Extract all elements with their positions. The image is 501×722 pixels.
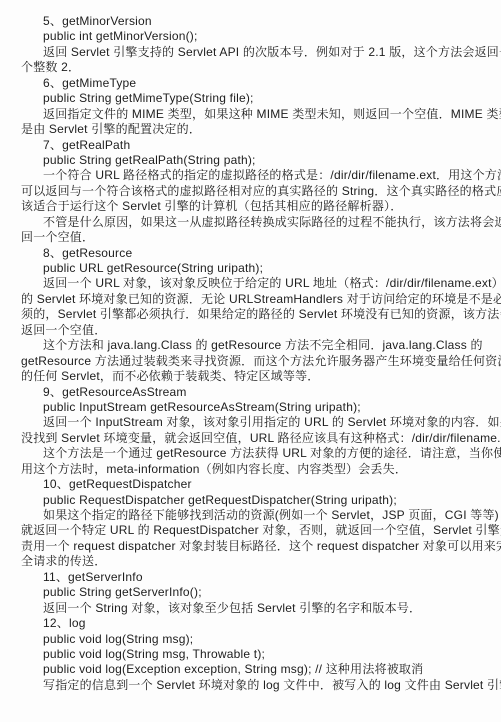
paragraph-line: 这个方法是一个通过 getResource 方法获得 URL 对象的方便的途径．… [21, 446, 471, 461]
method-heading: 7、getRealPath [21, 138, 471, 153]
method-heading: 12、log [21, 616, 471, 631]
paragraph-line: getResource 方法通过装载类来寻找资源．而这个方法允许服务器产生环境变… [21, 354, 471, 369]
method-signature: public String getServerInfo(); [21, 585, 471, 600]
method-signature: public RequestDispatcher getRequestDispa… [21, 493, 471, 508]
paragraph-line: 须的，Servlet 引擎都必须执行．如果给定的路径的 Servlet 环境没有… [21, 307, 471, 322]
method-signature: public String getRealPath(String path); [21, 153, 471, 168]
paragraph-line: 责用一个 request dispatcher 对象封装目标路径．这个 requ… [21, 539, 471, 554]
method-heading: 10、getRequestDispatcher [21, 477, 471, 492]
method-heading: 9、getResourceAsStream [21, 385, 471, 400]
paragraph-line: 返回 Servlet 引擎支持的 Servlet API 的次版本号．例如对于 … [21, 45, 471, 60]
paragraph-line: 全请求的传送． [21, 554, 471, 569]
paragraph-line: 个整数 2． [21, 60, 471, 75]
paragraph-line: 就返回一个特定 URL 的 RequestDispatcher 对象，否则，就返… [21, 523, 471, 538]
paragraph-line: 可以返回与一个符合该格式的虚拟路径相对应的真实路径的 String．这个真实路径… [21, 184, 471, 199]
method-heading: 11、getServerInfo [21, 570, 471, 585]
paragraph-line: 返回一个 InputStream 对象，该对象引用指定的 URL 的 Servl… [21, 415, 471, 430]
method-signature: public void log(Exception exception, Str… [21, 662, 471, 677]
paragraph-line: 如果这个指定的路径下能够找到活动的资源(例如一个 Servlet，JSP 页面，… [21, 508, 471, 523]
paragraph-line: 用这个方法时，meta-information（例如内容长度、内容类型）会丢失． [21, 462, 471, 477]
paragraph-line: 是由 Servlet 引擎的配置决定的． [21, 122, 471, 137]
document-page: 5、getMinorVersion public int getMinorVer… [0, 0, 501, 722]
paragraph-line: 返回一个 URL 对象，该对象反映位于给定的 URL 地址（格式：/dir/di… [21, 276, 471, 291]
method-heading: 5、getMinorVersion [21, 14, 471, 29]
method-heading: 8、getResource [21, 246, 471, 261]
paragraph-line: 不管是什么原因，如果这一从虚拟路径转换成实际路径的过程不能执行，该方法将会返 [21, 215, 471, 230]
paragraph-line: 写指定的信息到一个 Servlet 环境对象的 log 文件中．被写入的 log… [21, 678, 471, 693]
method-signature: public int getMinorVersion(); [21, 29, 471, 44]
paragraph-line: 返回一个 String 对象，该对象至少包括 Servlet 引擎的名字和版本号… [21, 601, 471, 616]
paragraph-line: 没找到 Servlet 环境变量，就会返回空值，URL 路径应该具有这种格式：/… [21, 431, 471, 446]
paragraph-line: 返回一个空值． [21, 323, 471, 338]
paragraph-line: 的任何 Servlet，而不必依赖于装载类、特定区域等等． [21, 369, 471, 384]
paragraph-line: 一个符合 URL 路径格式的指定的虚拟路径的格式是：/dir/dir/filen… [21, 168, 471, 183]
method-heading: 6、getMimeType [21, 76, 471, 91]
method-signature: public String getMimeType(String file); [21, 91, 471, 106]
method-signature: public URL getResource(String uripath); [21, 261, 471, 276]
paragraph-line: 该适合于运行这个 Servlet 引擎的计算机（包括其相应的路径解析器）． [21, 199, 471, 214]
method-signature: public InputStream getResourceAsStream(S… [21, 400, 471, 415]
method-signature: public void log(String msg); [21, 632, 471, 647]
paragraph-line: 返回指定文件的 MIME 类型，如果这种 MIME 类型未知，则返回一个空值．M… [21, 107, 471, 122]
method-signature: public void log(String msg, Throwable t)… [21, 647, 471, 662]
paragraph-line: 回一个空值． [21, 230, 471, 245]
paragraph-line: 的 Servlet 环境对象已知的资源．无论 URLStreamHandlers… [21, 292, 471, 307]
paragraph-line: 这个方法和 java.lang.Class 的 getResource 方法不完… [21, 338, 471, 353]
